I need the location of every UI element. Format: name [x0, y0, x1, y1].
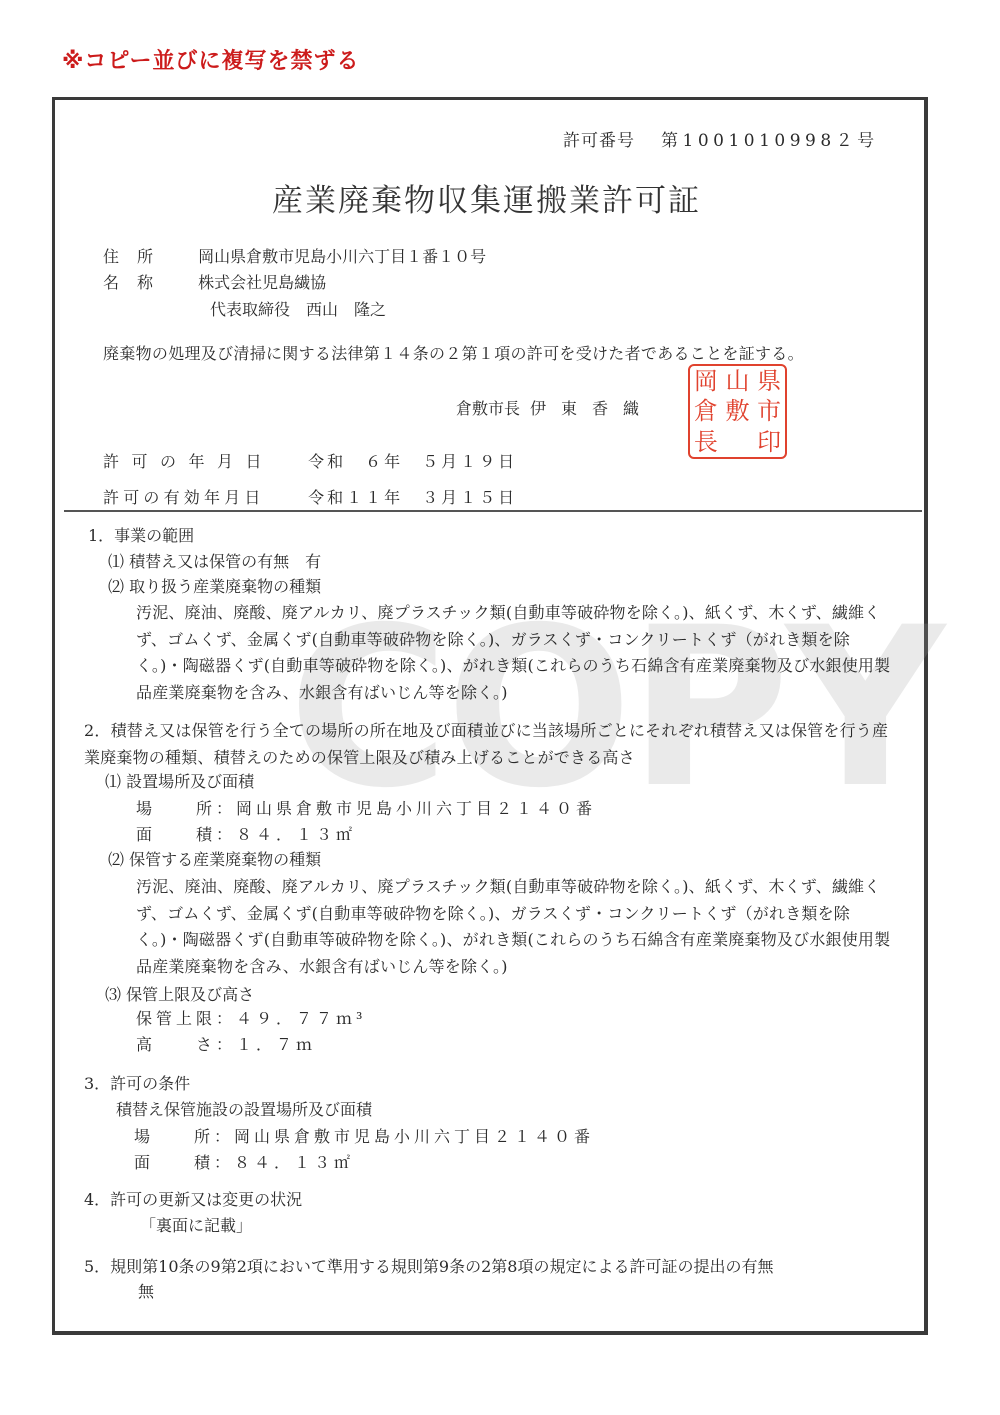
section-3-heading: 3．許可の条件: [84, 1071, 190, 1097]
divider: [64, 510, 922, 512]
section-2-height: 高 さ：１．７ｍ: [136, 1032, 316, 1058]
issuer-name: 伊東香織: [530, 399, 654, 418]
name-label: 名称: [103, 270, 193, 293]
section-3-place: 場 所：岡山県倉敷市児島小川六丁目２１４０番: [134, 1124, 594, 1150]
page-title: 産業廃棄物収集運搬業許可証: [272, 175, 701, 220]
section-4-heading: 4．許可の更新又は変更の状況: [84, 1187, 302, 1213]
seal-char: 岡: [690, 369, 722, 393]
section-2-area: 面 積：８４．１３㎡: [136, 822, 356, 848]
permit-date-value: 令和 ６年 ５月１９日: [308, 452, 517, 471]
section-2-heading: 2．積替え又は保管を行う全ての場所の所在地及び面積並びに当該場所ごとにそれぞれ積…: [84, 718, 894, 771]
expiry-date-row: 許可の有効年月日 令和１１年 ３月１５日: [103, 485, 517, 508]
section-2-storage-limit: 保管上限：４９．７７ｍ³: [136, 1006, 366, 1032]
permit-number: 許可番号第1001010998２号: [563, 126, 879, 151]
official-seal: 岡 倉 長 山 敷 県 市 印: [688, 364, 787, 459]
section-2-item-3: ⑶ 保管上限及び高さ: [105, 982, 254, 1008]
seal-char: 山: [722, 369, 754, 393]
seal-char: 市: [753, 399, 785, 423]
seal-char: 印: [753, 430, 785, 454]
company-name: 株式会社児島繊協: [198, 273, 326, 292]
issuer: 倉敷市長伊東香織: [456, 396, 654, 419]
section-5-value: 無: [138, 1279, 154, 1305]
copy-prohibited-notice: ※コピー並びに複写を禁ずる: [62, 44, 360, 75]
expiry-date-label: 許可の有効年月日: [103, 485, 303, 508]
section-1-item-1: ⑴ 積替え又は保管の有無 有: [108, 549, 321, 575]
section-3-subheading: 積替え保管施設の設置場所及び面積: [116, 1097, 372, 1123]
seal-char: 倉: [690, 399, 722, 423]
permit-date-row: 許可の年月日 令和 ６年 ５月１９日: [103, 449, 517, 472]
section-1-item-2: ⑵ 取り扱う産業廃棄物の種類: [108, 574, 321, 600]
issuer-title: 倉敷市長: [456, 399, 520, 418]
seal-char: 敷: [722, 399, 754, 423]
section-1-waste-types: 汚泥、廃油、廃酸、廃アルカリ、廃プラスチック類(自動車等破砕物を除く。)、紙くず…: [136, 600, 896, 706]
representative: 代表取締役 西山 隆之: [210, 297, 386, 320]
permit-number-label: 許可番号: [563, 131, 635, 151]
section-2-waste-types: 汚泥、廃油、廃酸、廃アルカリ、廃プラスチック類(自動車等破砕物を除く。)、紙くず…: [136, 874, 896, 980]
section-1-heading: 1．事業の範囲: [88, 523, 194, 549]
expiry-date-value: 令和１１年 ３月１５日: [308, 488, 517, 507]
certification-statement: 廃棄物の処理及び清掃に関する法律第１４条の２第１項の許可を受けた者であることを証…: [103, 341, 804, 364]
section-3-area: 面 積：８４．１３㎡: [134, 1150, 354, 1176]
address-label: 住所: [103, 244, 193, 267]
address-value: 岡山県倉敷市児島小川六丁目１番１０号: [198, 247, 486, 266]
section-2-place: 場 所：岡山県倉敷市児島小川六丁目２１４０番: [136, 796, 596, 822]
section-4-value: 「裏面に記載」: [140, 1213, 252, 1239]
name-row: 名称 株式会社児島繊協: [103, 270, 326, 293]
permit-number-value: 第1001010998２号: [661, 131, 879, 151]
seal-char: 県: [753, 369, 785, 393]
section-2-item-1: ⑴ 設置場所及び面積: [105, 769, 254, 795]
seal-char: 長: [690, 430, 722, 454]
section-2-item-2: ⑵ 保管する産業廃棄物の種類: [108, 847, 321, 873]
section-5-heading: 5．規則第10条の9第2項において準用する規則第9条の2第8項の規定による許可証…: [84, 1254, 773, 1280]
permit-date-label: 許可の年月日: [103, 449, 303, 472]
address-row: 住所 岡山県倉敷市児島小川六丁目１番１０号: [103, 244, 486, 267]
